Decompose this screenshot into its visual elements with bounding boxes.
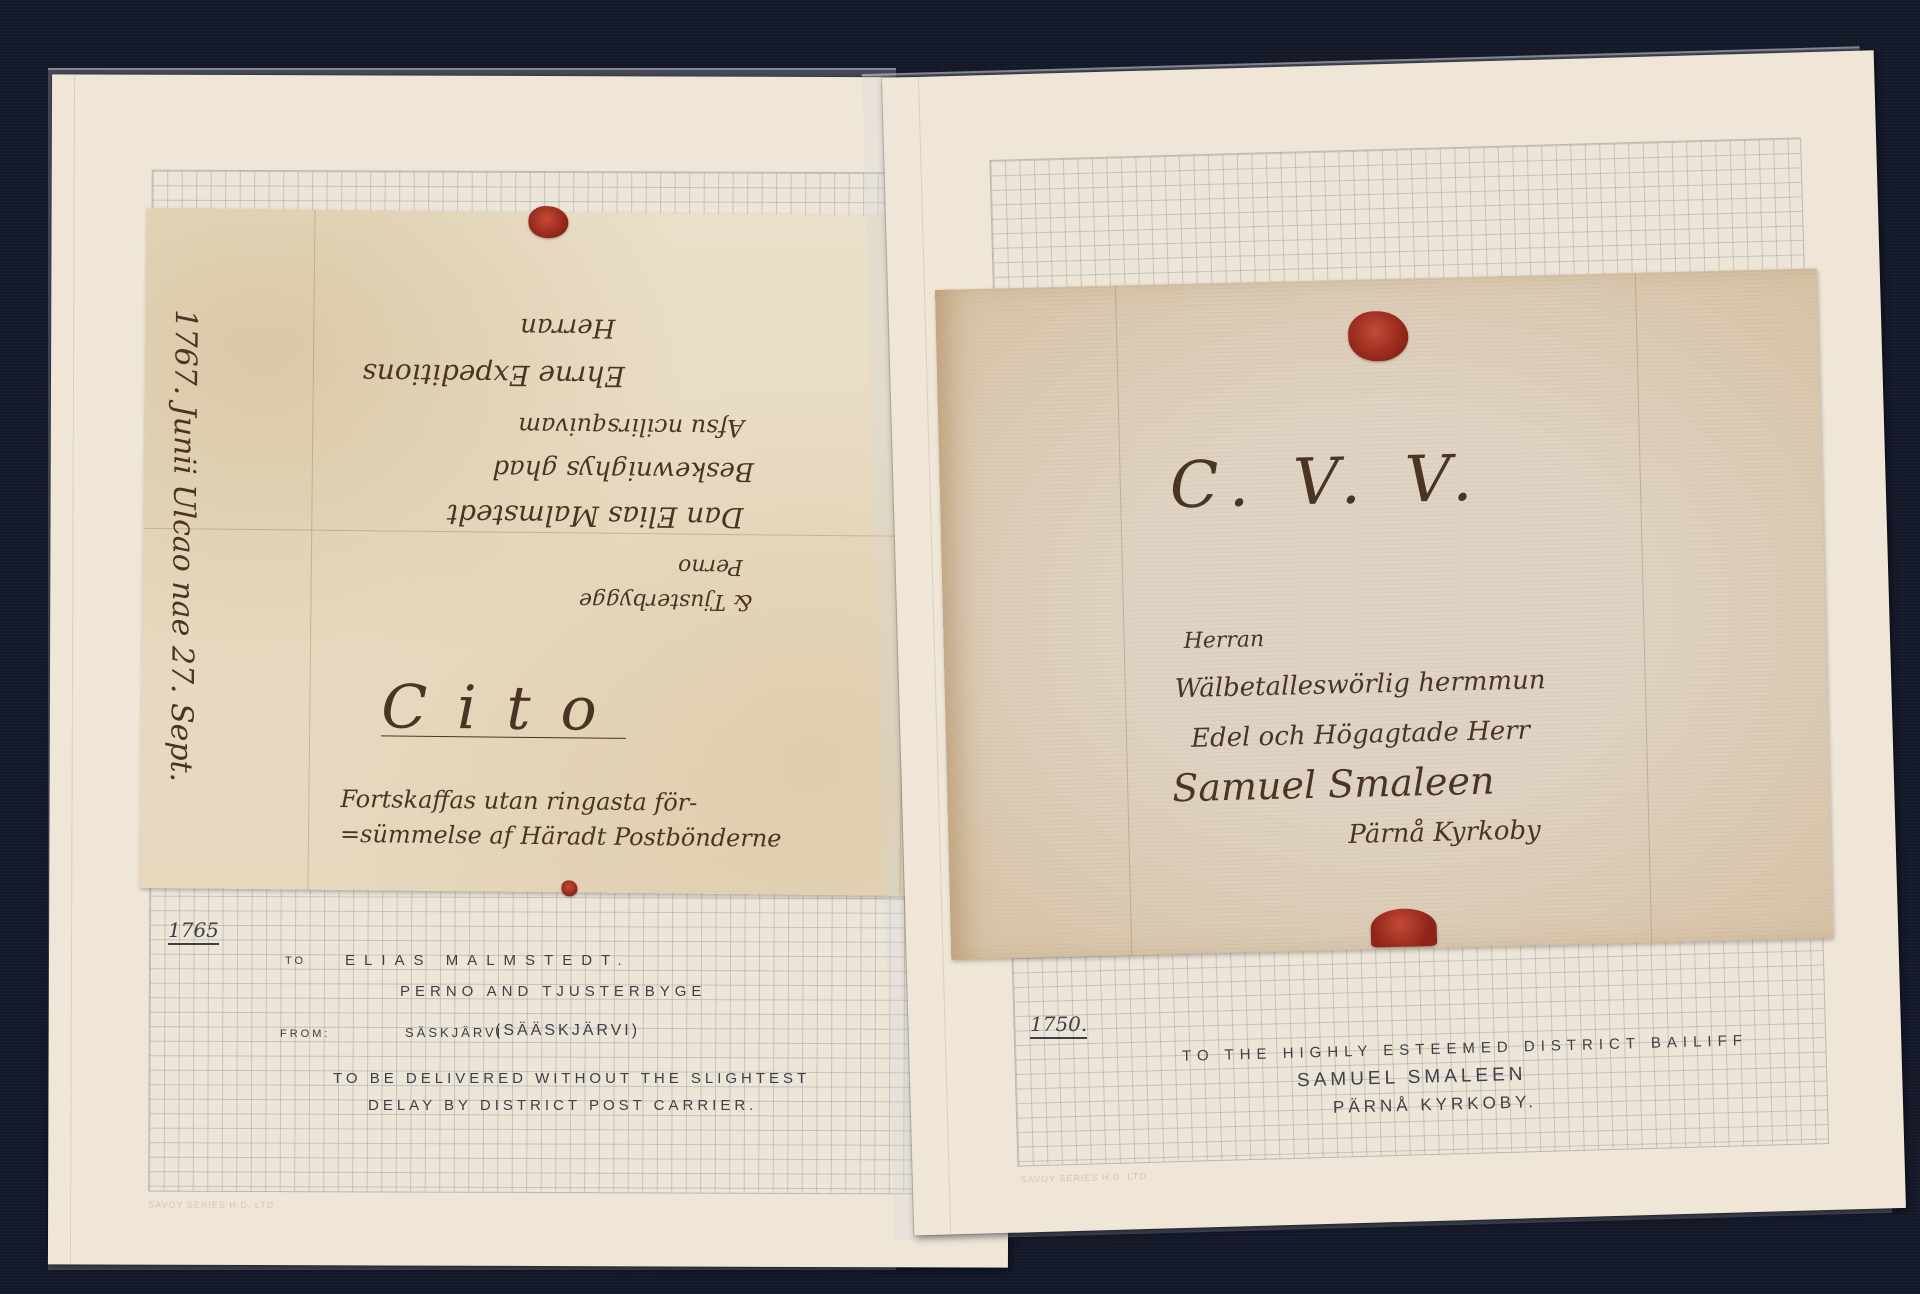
left-page-imprint: SAVOY SERIES H.D. LTD [148, 1200, 274, 1210]
address-line: Wälbetalleswörlig hermmun [1174, 665, 1545, 704]
address-line: Dan Elias Malmstedt [447, 498, 744, 534]
address-line: Pärnå Kyrkoby [1348, 815, 1541, 850]
left-from-label: FROM: [280, 1028, 330, 1040]
address-line: & Tjusterbygge [579, 587, 753, 614]
left-instruction-1: TO BE DELIVERED WITHOUT THE SLIGHTEST [333, 1070, 810, 1087]
cito-flourish: Cito [381, 680, 627, 739]
address-line: Perno [678, 553, 743, 579]
upside-down-address: Herran Ehrne Expeditions Afsu ncilirsqui… [302, 290, 776, 635]
left-instruction-2: DELAY BY DISTRICT POST CARRIER. [368, 1097, 757, 1114]
left-destination: PERNO AND TJUSTERBYGE [400, 983, 706, 1000]
address-line: Herran [520, 312, 615, 343]
address-line: Samuel Smaleen [1172, 758, 1495, 810]
address-line: Edel och Högagtade Herr [1191, 716, 1531, 754]
address-line: Herran [1183, 627, 1264, 654]
instruction-line: =sümmelse af Häradt Postbönderne [340, 820, 782, 853]
address-line: Afsu ncilirsquivam [518, 412, 744, 442]
address-line: Ehrne Expeditions [362, 357, 625, 393]
left-origin-alt: (SÄÄSKJÄRVI) [495, 1022, 640, 1040]
instruction-line: Fortskaffas utan ringasta för- [340, 785, 697, 817]
right-year: 1750. [1030, 1012, 1087, 1039]
right-page-imprint: SAVOY SERIES H.D. LTD [1021, 1171, 1147, 1185]
fold-line [1635, 273, 1652, 943]
right-letter-cover: C. V. V. Herran Wälbetalleswörlig hermmu… [935, 268, 1833, 959]
wax-seal-bottom [561, 880, 577, 896]
left-page-margin-rule [70, 74, 75, 1264]
left-recipient: ELIAS MALMSTEDT. [345, 952, 631, 969]
left-origin: SÄSKJÄRVI [405, 1025, 503, 1040]
left-to-label: TO [285, 955, 306, 967]
wax-seal-bottom [1370, 908, 1437, 948]
wax-seal-top [528, 206, 568, 238]
left-letter-cover: 1767. Junii Ulcao nae 27. Sept. Herran E… [139, 208, 936, 896]
wax-seal-top [1348, 310, 1409, 361]
fold-line [1115, 286, 1132, 956]
side-docket: 1767. Junii Ulcao nae 27. Sept. [162, 216, 204, 876]
cvv-heading: C. V. V. [1169, 442, 1485, 524]
left-year: 1765 [168, 918, 219, 945]
address-line: Beskewnighys ghad [492, 454, 754, 487]
